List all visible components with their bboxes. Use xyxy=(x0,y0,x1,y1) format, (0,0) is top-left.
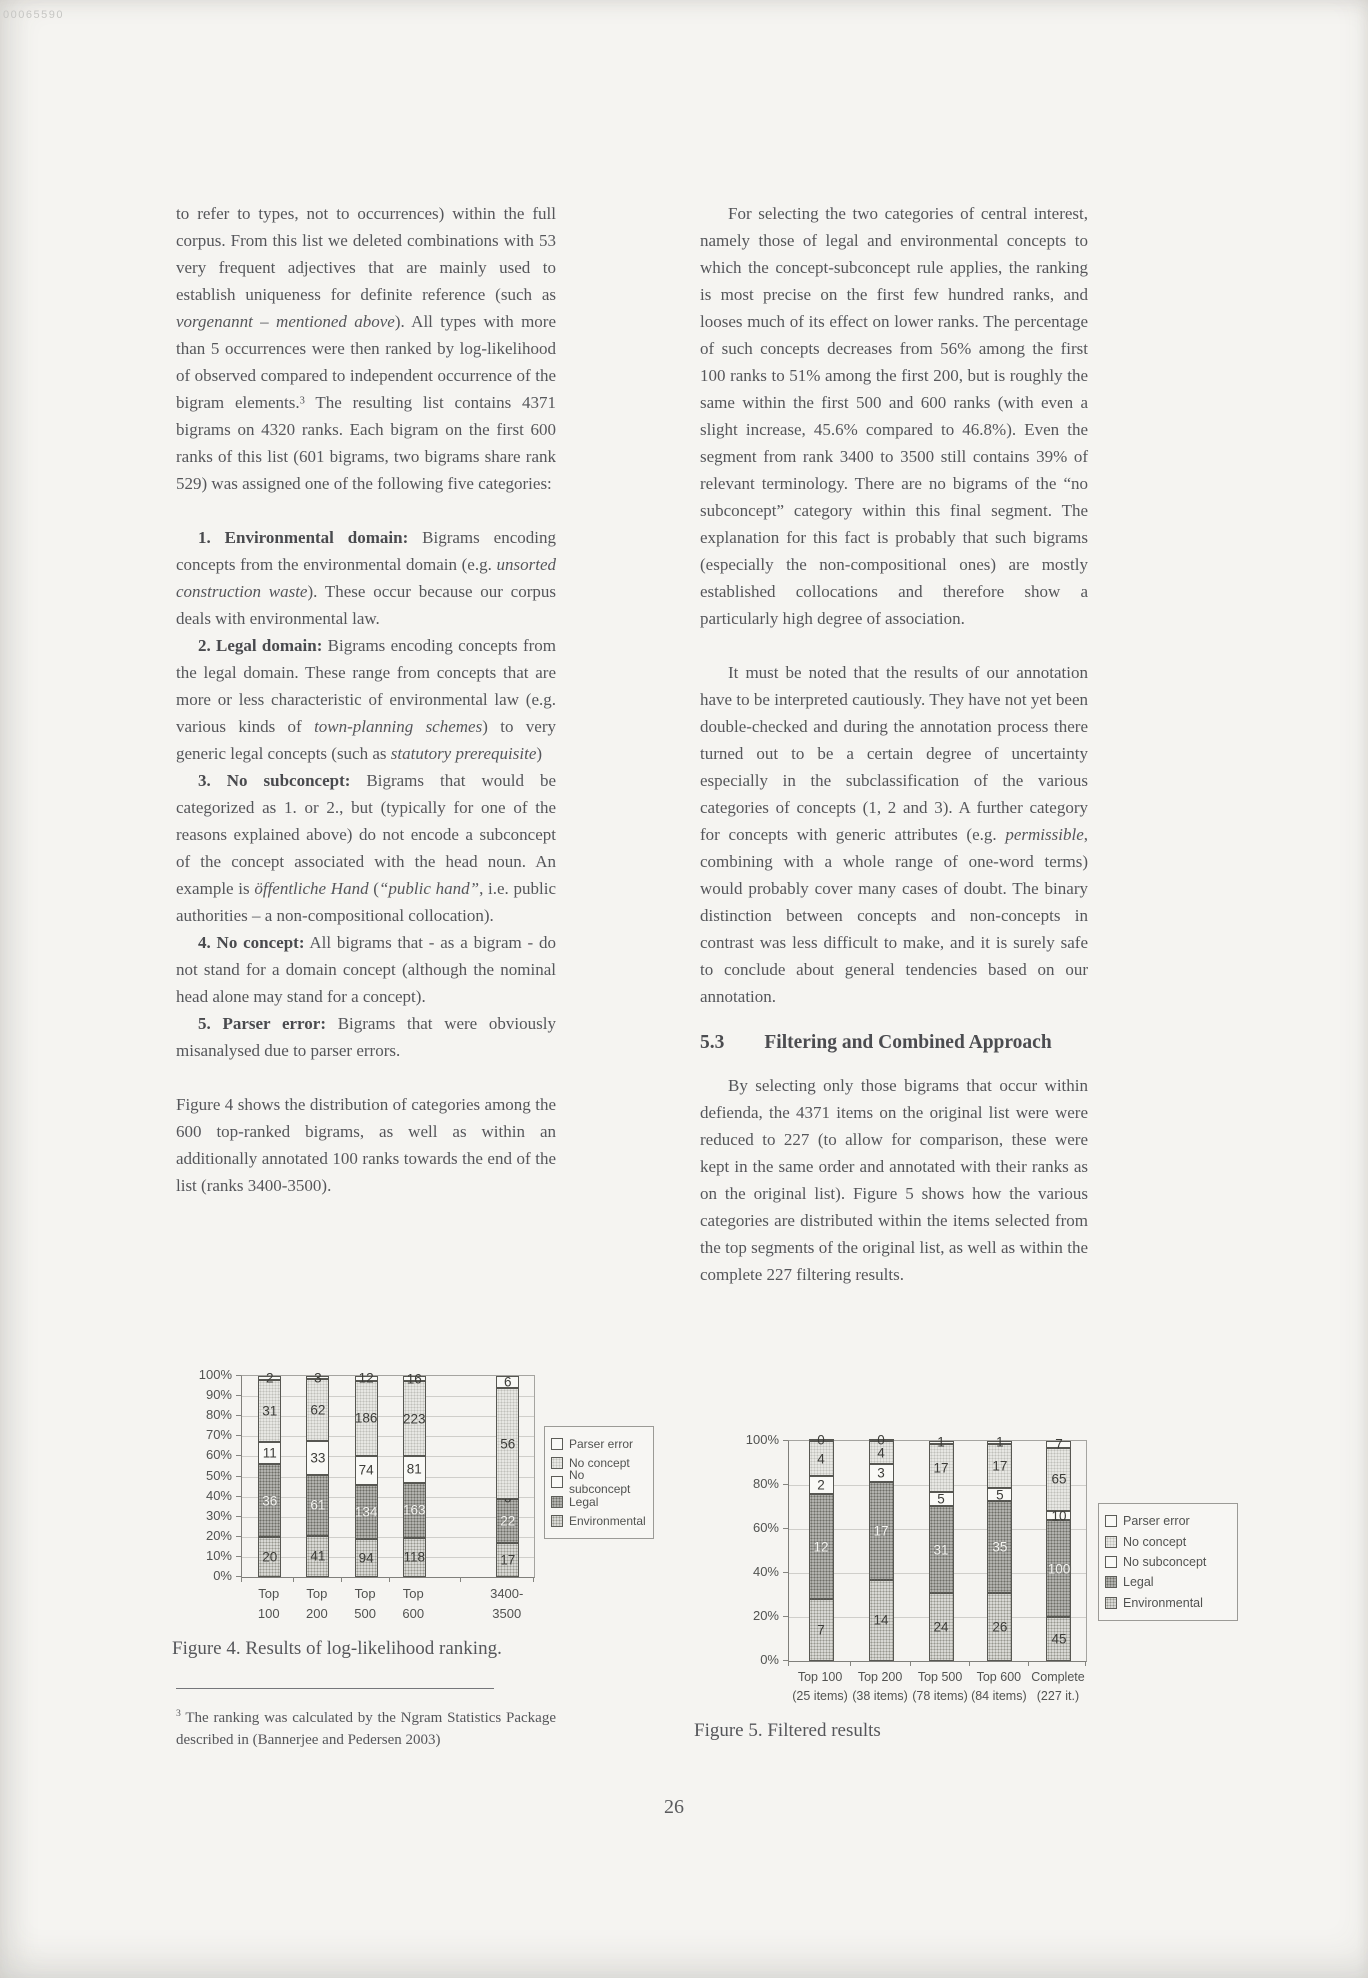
bar-value-label: 35 xyxy=(992,1540,1007,1555)
footnote-body: The ranking was calculated by the Ngram … xyxy=(176,1710,556,1748)
bar-segment-no-subconcept: 11 xyxy=(258,1442,281,1464)
scan-stamp: 00065590 xyxy=(3,9,64,21)
bar-value-label: 0 xyxy=(877,1433,885,1448)
chart-plot-area: 712240141734024315171263551714510010657 xyxy=(788,1440,1087,1662)
bar-value-label: 4 xyxy=(817,1451,825,1466)
bar-segment-no-subconcept: 10 xyxy=(1046,1511,1071,1521)
bar-value-label: 17 xyxy=(934,1460,949,1475)
bar-segment-environmental: 7 xyxy=(809,1599,834,1661)
gridline xyxy=(242,1477,534,1478)
text-run: For selecting the two categories of cent… xyxy=(700,204,1088,628)
text-run: It must be noted that the results of our… xyxy=(700,663,1088,844)
y-axis-label: 10% xyxy=(174,1548,232,1563)
y-axis-label: 0% xyxy=(174,1568,232,1583)
legend-item: Legal xyxy=(1105,1572,1231,1592)
text-run: ( xyxy=(369,879,379,898)
bar-segment-no-concept: 56 xyxy=(496,1388,519,1499)
x-axis-tick xyxy=(460,1577,461,1582)
y-axis-tick xyxy=(783,1572,788,1573)
section-title: Filtering and Combined Approach xyxy=(764,1032,1051,1053)
bar-value-label: 94 xyxy=(359,1551,374,1566)
text-run: statutory prerequisite xyxy=(391,744,537,763)
bar-value-label: 11 xyxy=(263,1446,277,1461)
gridline xyxy=(242,1557,534,1558)
legend-swatch xyxy=(551,1515,563,1527)
list-item-no-subconcept: 3. No subconcept: Bigrams that would be … xyxy=(176,767,556,929)
bar-value-label: 17 xyxy=(500,1553,515,1568)
bar-value-label: 61 xyxy=(310,1498,325,1513)
bar-segment-legal: 163 xyxy=(403,1483,426,1538)
y-axis-label: 40% xyxy=(174,1488,232,1503)
bar-segment-legal: 31 xyxy=(929,1506,954,1593)
bar-segment-no-concept: 31 xyxy=(258,1380,281,1442)
right-column: For selecting the two categories of cent… xyxy=(700,200,1088,1288)
bar-value-label: 17 xyxy=(874,1523,889,1538)
bar-segment-parser-error: 7 xyxy=(1046,1441,1071,1448)
bar-value-label: 62 xyxy=(310,1403,325,1418)
gridline xyxy=(242,1537,534,1538)
bar-segment-parser-error: 3 xyxy=(306,1376,329,1379)
footnote-rule xyxy=(176,1688,494,1689)
figure5-caption: Figure 5. Filtered results xyxy=(694,1720,881,1742)
legend-label: No concept xyxy=(1123,1535,1186,1549)
bar-segment-parser-error: 2 xyxy=(258,1376,281,1380)
legend-swatch xyxy=(551,1457,563,1469)
bar-segment-no-concept: 65 xyxy=(1046,1448,1071,1511)
bar-segment-environmental: 17 xyxy=(496,1543,519,1577)
bar-segment-no-subconcept: 5 xyxy=(929,1492,954,1506)
y-axis-label: 0% xyxy=(709,1652,779,1667)
paragraph-filtering: By selecting only those bigrams that occ… xyxy=(700,1072,1088,1288)
bar-value-label: 3 xyxy=(877,1465,885,1480)
text-run: 5. Parser error: xyxy=(198,1014,326,1033)
bar-value-label: 45 xyxy=(1051,1632,1066,1647)
gridline xyxy=(242,1517,534,1518)
legend-item: Environmental xyxy=(1105,1593,1231,1613)
bar-value-label: 12 xyxy=(814,1539,829,1554)
bar-segment-legal: 134 xyxy=(355,1485,378,1539)
x-axis-tick xyxy=(293,1577,294,1582)
bar-value-label: 36 xyxy=(262,1493,277,1508)
x-axis-tick xyxy=(389,1577,390,1582)
x-axis-label: 3400-3500 xyxy=(447,1584,567,1623)
text-run: 3. No subconcept: xyxy=(198,771,350,790)
y-axis-label: 20% xyxy=(174,1528,232,1543)
bar-value-label: 223 xyxy=(403,1411,426,1426)
bar-segment-legal: 36 xyxy=(258,1464,281,1536)
y-axis-label: 60% xyxy=(709,1520,779,1535)
bar-value-label: 41 xyxy=(310,1549,325,1564)
y-axis-label: 80% xyxy=(174,1407,232,1422)
bar-value-label: 7 xyxy=(817,1623,825,1638)
bar-segment-legal: 17 xyxy=(869,1482,894,1580)
bar-value-label: 2 xyxy=(266,1371,274,1386)
text-run: Figure 4 shows the distribution of categ… xyxy=(176,1095,556,1195)
left-column: to refer to types, not to occurrences) w… xyxy=(176,200,556,1199)
bar-value-label: 12 xyxy=(359,1371,374,1386)
bar-segment-environmental: 24 xyxy=(929,1593,954,1661)
text-run: town-planning schemes xyxy=(314,717,482,736)
list-item-no-concept: 4. No concept: All bigrams that - as a b… xyxy=(176,929,556,1010)
list-item-environmental-domain: 1. Environmental domain: Bigrams encodin… xyxy=(176,524,556,632)
footnote-text: 3 The ranking was calculated by the Ngra… xyxy=(176,1703,556,1751)
bar-segment-legal: 22 xyxy=(496,1499,519,1543)
bar-segment-legal: 12 xyxy=(809,1494,834,1600)
legend-swatch xyxy=(1105,1556,1117,1568)
bar-value-label: 31 xyxy=(934,1542,949,1557)
bar-value-label: 26 xyxy=(992,1619,1007,1634)
bar-value-label: 14 xyxy=(874,1613,889,1628)
text-run: öffentliche Hand xyxy=(254,879,368,898)
y-axis-label: 90% xyxy=(174,1387,232,1402)
text-run: 4. No concept: xyxy=(198,933,305,952)
y-axis-label: 100% xyxy=(174,1367,232,1382)
bar-segment-no-concept: 223 xyxy=(403,1381,426,1456)
y-axis-label: 50% xyxy=(174,1468,232,1483)
bar-value-label: 3 xyxy=(314,1370,322,1385)
y-axis-tick xyxy=(783,1440,788,1441)
bar-segment-parser-error: 12 xyxy=(355,1376,378,1381)
bar-segment-parser-error: 1 xyxy=(929,1441,954,1444)
y-axis-label: 80% xyxy=(709,1476,779,1491)
bar-segment-parser-error: 16 xyxy=(403,1376,426,1381)
y-axis-tick xyxy=(236,1415,241,1416)
gridline xyxy=(242,1497,534,1498)
bar-segment-legal: 100 xyxy=(1046,1520,1071,1617)
y-axis-tick xyxy=(236,1476,241,1477)
gridline xyxy=(242,1456,534,1457)
x-axis-tick xyxy=(850,1661,851,1666)
y-axis-tick xyxy=(783,1528,788,1529)
text-run: “public hand” xyxy=(379,879,479,898)
text-run: 1. Environmental domain: xyxy=(198,528,408,547)
text-run: vorgenannt xyxy=(176,312,253,331)
bar-segment-parser-error: 0 xyxy=(869,1439,894,1441)
legend-swatch xyxy=(551,1438,563,1450)
list-item-parser-error: 5. Parser error: Bigrams that were obvio… xyxy=(176,1010,556,1064)
legend-item: Parser error xyxy=(551,1434,647,1453)
legend-swatch xyxy=(1105,1536,1117,1548)
legend-item: No subconcept xyxy=(551,1473,647,1492)
chart-legend: Parser errorNo conceptNo subconceptLegal… xyxy=(544,1426,654,1539)
section-heading: 5.3Filtering and Combined Approach xyxy=(700,1032,1088,1054)
paragraph-ranking: to refer to types, not to occurrences) w… xyxy=(176,200,556,497)
bar-segment-environmental: 26 xyxy=(987,1593,1012,1661)
bar-segment-no-subconcept: 81 xyxy=(403,1456,426,1483)
bar-segment-environmental: 41 xyxy=(306,1536,329,1577)
bar-segment-no-concept: 17 xyxy=(929,1444,954,1492)
legend-swatch xyxy=(551,1476,563,1488)
bar-value-label: 2 xyxy=(817,1478,825,1493)
bar-segment-no-concept: 17 xyxy=(987,1444,1012,1489)
list-item-legal-domain: 2. Legal domain: Bigrams encoding concep… xyxy=(176,632,556,767)
legend-label: Parser error xyxy=(569,1437,633,1451)
bar-value-label: 5 xyxy=(937,1491,945,1506)
figure4-caption: Figure 4. Results of log-likelihood rank… xyxy=(172,1638,502,1660)
gridline xyxy=(242,1436,534,1437)
legend-swatch xyxy=(1105,1515,1117,1527)
bar-value-label: 1 xyxy=(996,1435,1004,1450)
legend-label: Environmental xyxy=(1123,1596,1203,1610)
y-axis-tick xyxy=(236,1435,241,1436)
bar-value-label: 1 xyxy=(937,1435,945,1450)
y-axis-tick xyxy=(236,1455,241,1456)
bar-segment-environmental: 118 xyxy=(403,1538,426,1577)
section-number: 5.3 xyxy=(700,1032,724,1054)
figure4-chart: 2036113124161336239413474186121181638122… xyxy=(174,1366,714,1638)
bar-value-label: 16 xyxy=(407,1371,422,1386)
bar-segment-parser-error: 1 xyxy=(987,1441,1012,1444)
paragraph-caution: It must be noted that the results of our… xyxy=(700,659,1088,1010)
bar-segment-no-subconcept: 74 xyxy=(355,1456,378,1486)
bar-value-label: 56 xyxy=(500,1436,515,1451)
legend-swatch xyxy=(1105,1597,1117,1609)
bar-value-label: 100 xyxy=(1048,1561,1071,1576)
y-axis-tick xyxy=(783,1616,788,1617)
x-axis-tick xyxy=(533,1577,534,1582)
text-run: 2. Legal domain: xyxy=(198,636,322,655)
y-axis-tick xyxy=(236,1496,241,1497)
bar-value-label: 31 xyxy=(262,1404,277,1419)
bar-value-label: 81 xyxy=(407,1462,422,1477)
bar-segment-no-subconcept: 5 xyxy=(987,1488,1012,1501)
legend-item: Parser error xyxy=(1105,1511,1231,1531)
page-number: 26 xyxy=(664,1796,684,1819)
bar-value-label: 74 xyxy=(359,1463,374,1478)
text-run: By selecting only those bigrams that occ… xyxy=(700,1076,1088,1284)
bar-segment-environmental: 94 xyxy=(355,1539,378,1577)
legend-swatch xyxy=(551,1496,563,1508)
y-axis-tick xyxy=(236,1536,241,1537)
bar-segment-legal: 35 xyxy=(987,1501,1012,1593)
bar-segment-environmental: 14 xyxy=(869,1580,894,1661)
gridline xyxy=(242,1416,534,1417)
bar-segment-parser-error: 0 xyxy=(809,1439,834,1441)
bar-segment-environmental: 20 xyxy=(258,1537,281,1577)
bar-value-label: 24 xyxy=(934,1620,949,1635)
bar-segment-no-concept: 62 xyxy=(306,1379,329,1441)
bar-segment-parser-error: 6 xyxy=(496,1376,519,1388)
legend-item: No concept xyxy=(1105,1531,1231,1551)
text-run: permissible xyxy=(1005,825,1083,844)
y-axis-tick xyxy=(236,1375,241,1376)
text-run: ) xyxy=(536,744,542,763)
bar-value-label: 134 xyxy=(355,1505,378,1520)
bar-segment-legal: 61 xyxy=(306,1475,329,1536)
legend-label: No subconcept xyxy=(1123,1555,1206,1569)
x-axis-tick xyxy=(910,1661,911,1666)
text-run: – xyxy=(253,312,276,331)
figure5-chart: 7122401417340243151712635517145100106571… xyxy=(700,1430,1260,1730)
chart-plot-area: 2036113124161336239413474186121181638122… xyxy=(241,1375,535,1578)
bar-segment-no-concept: 186 xyxy=(355,1381,378,1456)
bar-value-label: 33 xyxy=(310,1450,325,1465)
legend-swatch xyxy=(1105,1576,1117,1588)
x-axis-tick xyxy=(1028,1661,1029,1666)
bar-value-label: 22 xyxy=(500,1514,515,1529)
y-axis-label: 20% xyxy=(709,1608,779,1623)
legend-label: Environmental xyxy=(569,1514,646,1528)
legend-label: Parser error xyxy=(1123,1514,1190,1528)
bar-segment-no-subconcept: 2 xyxy=(809,1476,834,1494)
y-axis-label: 70% xyxy=(174,1427,232,1442)
y-axis-label: 60% xyxy=(174,1447,232,1462)
y-axis-label: 100% xyxy=(709,1432,779,1447)
x-axis-tick xyxy=(341,1577,342,1582)
paragraph-selection: For selecting the two categories of cent… xyxy=(700,200,1088,632)
bar-segment-no-subconcept: 3 xyxy=(869,1464,894,1481)
footnote-marker: 3 xyxy=(176,1708,181,1719)
y-axis-tick xyxy=(236,1516,241,1517)
x-axis-tick xyxy=(241,1577,242,1582)
y-axis-tick xyxy=(236,1395,241,1396)
chart-legend: Parser errorNo conceptNo subconceptLegal… xyxy=(1098,1503,1238,1621)
bar-value-label: 0 xyxy=(817,1433,825,1448)
text-run: to refer to types, not to occurrences) w… xyxy=(176,204,556,304)
y-axis-label: 40% xyxy=(709,1564,779,1579)
bar-value-label: 20 xyxy=(262,1549,277,1564)
text-run: , combining with a whole range of one-wo… xyxy=(700,825,1088,1006)
x-axis-label: Complete(227 it.) xyxy=(998,1668,1118,1706)
bar-value-label: 17 xyxy=(992,1458,1007,1473)
bar-value-label: 118 xyxy=(404,1550,426,1565)
legend-label: No subconcept xyxy=(569,1468,647,1496)
bar-segment-no-subconcept: 33 xyxy=(306,1441,329,1474)
text-run: mentioned above xyxy=(276,312,395,331)
gridline xyxy=(242,1396,534,1397)
bar-value-label: 65 xyxy=(1051,1472,1066,1487)
bar-value-label: 7 xyxy=(1055,1437,1063,1452)
legend-label: Legal xyxy=(1123,1575,1154,1589)
bar-value-label: 163 xyxy=(403,1503,426,1518)
x-axis-tick xyxy=(969,1661,970,1666)
bar-segment-environmental: 45 xyxy=(1046,1617,1071,1661)
y-axis-tick xyxy=(236,1556,241,1557)
page: 00065590 to refer to types, not to occur… xyxy=(0,0,1368,1978)
legend-item: No subconcept xyxy=(1105,1552,1231,1572)
legend-item: Environmental xyxy=(551,1512,647,1531)
bar-value-label: 5 xyxy=(996,1487,1004,1502)
bar-value-label: 6 xyxy=(504,1374,512,1389)
legend-label: Legal xyxy=(569,1495,598,1509)
paragraph-figure4-intro: Figure 4 shows the distribution of categ… xyxy=(176,1091,556,1199)
x-axis-tick xyxy=(788,1661,789,1666)
y-axis-tick xyxy=(783,1484,788,1485)
y-axis-label: 30% xyxy=(174,1508,232,1523)
footnote: 3 The ranking was calculated by the Ngra… xyxy=(176,1688,556,1751)
bar-value-label: 186 xyxy=(355,1411,378,1426)
x-axis-tick xyxy=(1085,1661,1086,1666)
